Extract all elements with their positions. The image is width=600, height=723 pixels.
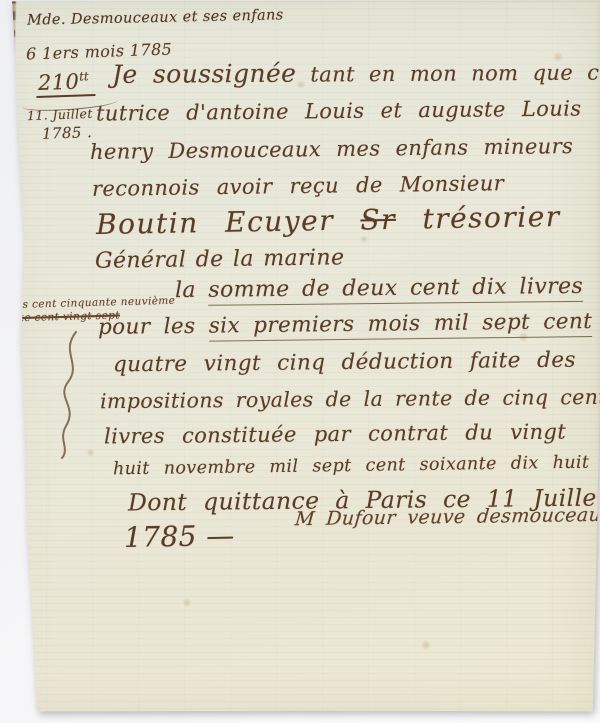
manuscript-line: huit novembre mil sept cent soixante dix… [113,453,590,480]
foxing-spot [182,598,192,607]
underlined-sum: somme de deux cent dix livres [208,274,583,306]
manuscript-line: pour les six premiers mois mil sept cent [98,309,592,340]
line-text: Boutin Ecuyer [96,203,361,241]
manuscript-line: impositions royales de la rente de cinq … [100,385,600,413]
photo-background: Mde. Desmouceaux et ses enfans 6 1ers mo… [0,0,600,723]
manuscript-line: Général de la marine [95,245,345,273]
manuscript-line: livres constituée par contrat du vingt [104,420,566,449]
paper-shadow: Mde. Desmouceaux et ses enfans 6 1ers mo… [0,0,600,723]
foxing-spot [420,640,432,650]
amount-value: 210 [38,70,80,95]
manuscript-line: la somme de deux cent dix livres [175,274,583,303]
line-text: trésorier [396,200,561,236]
manuscript-line: henry Desmouceaux mes enfans mineurs [90,134,574,164]
side-note-registry: trois cent cinquante neuvième [2,295,176,312]
paper-deckle-edge-lower [9,440,25,720]
paraph-flourish [52,330,86,460]
margin-note-amount: 210tt [36,69,96,98]
manuscript-line: Je soussignée tant en mon nom que comme [112,56,600,89]
manuscript-line: reconnois avoir reçu de Monsieur [92,171,504,201]
line-text: tant en mon nom que comme [296,60,600,87]
manuscript-year-line: 1785 — [124,519,235,554]
paper-deckle-edge [0,0,16,516]
livres-abbreviation: tt [79,69,89,83]
opening-words: Je soussignée [112,59,296,89]
underlined-period: six premiers mois mil sept cent [209,309,593,342]
line-text: pour les [98,314,209,340]
margin-note-year: 1785 . [42,123,93,143]
manuscript-paper: Mde. Desmouceaux et ses enfans 6 1ers mo… [0,0,600,723]
line-text: la [175,278,209,303]
manuscript-line: Boutin Ecuyer Sr trésorier [96,200,561,241]
signature: M Dufour veuve desmouceaux [294,504,600,530]
manuscript-line: quatre vingt cinq déduction faite des [113,348,576,378]
manuscript-line: tutrice d'antoine Louis et auguste Louis [96,96,582,125]
crossed-out-word: Sr [360,203,396,237]
foxing-spot [86,448,95,457]
margin-note-addressee: Mde. Desmouceaux et ses enfans [27,7,284,28]
margin-note-date: 11. Juillet [27,106,93,123]
